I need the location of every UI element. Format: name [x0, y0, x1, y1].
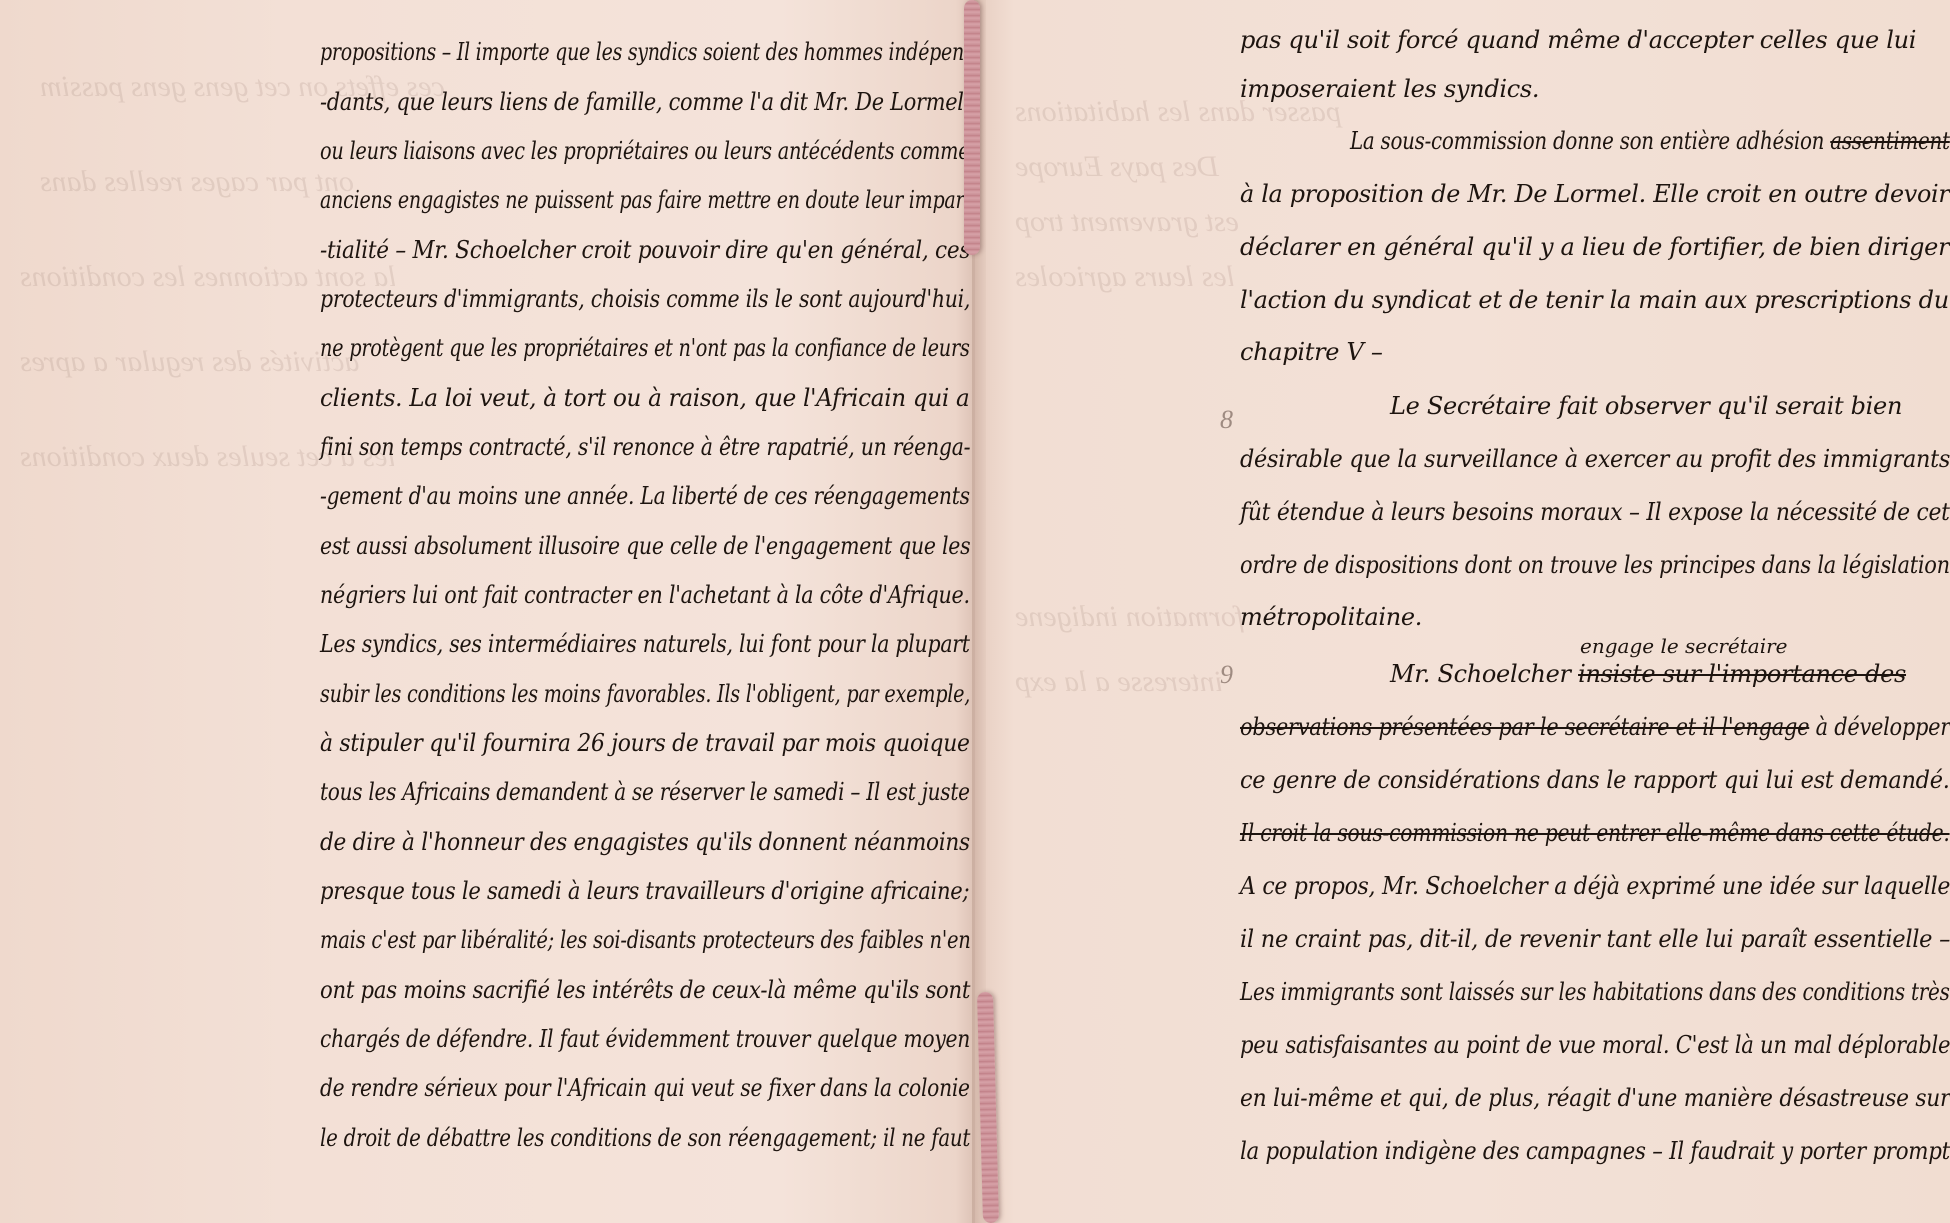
text-line: ou leurs liaisons avec les propriétaires… — [320, 137, 969, 165]
text-line: fini son temps contracté, s'il renonce à… — [320, 433, 970, 461]
text-line: négriers lui ont fait contracter en l'ac… — [320, 581, 970, 609]
bleed-through-text: activités des regular a apres — [20, 345, 359, 379]
text-line: presque tous le samedi à leurs travaille… — [320, 877, 969, 905]
struck-phrase: insiste sur l'importance des — [1578, 660, 1906, 688]
text-line: -dants, que leurs liens de famille, comm… — [320, 88, 970, 116]
text-line: imposeraient les syndics. — [1240, 75, 1539, 103]
text-line: désirable que la surveillance à exercer … — [1240, 445, 1950, 473]
text-line: de dire à l'honneur des engagistes qu'il… — [320, 828, 970, 856]
text-line: Les syndics, ses intermédiaires naturels… — [320, 630, 970, 658]
text-line-body: à développer — [1816, 713, 1950, 741]
text-line: chapitre V – — [1240, 338, 1383, 366]
text-line: déclarer en général qu'il y a lieu de fo… — [1240, 233, 1949, 261]
text-line-body: Mr. Schoelcher — [1390, 660, 1571, 688]
text-line: le droit de débattre les conditions de s… — [320, 1124, 970, 1152]
ribbon-binding-top — [964, 0, 980, 255]
left-page: ces effets on cet gens gens passim ont p… — [0, 0, 975, 1223]
text-line: mais c'est par libéralité; les soi-disan… — [320, 926, 971, 954]
text-line: la population indigène des campagnes – I… — [1240, 1137, 1950, 1165]
text-line: il ne craint pas, dit-il, de revenir tan… — [1240, 925, 1950, 953]
interlinear-correction: engage le secrétaire — [1580, 634, 1787, 658]
bleed-through-text: interesse a la exp — [1015, 665, 1223, 699]
text-line: -tialité – Mr. Schoelcher croit pouvoir … — [320, 236, 970, 264]
text-line: Le Secrétaire fait observer qu'il serait… — [1390, 392, 1902, 420]
text-line: protecteurs d'immigrants, choisis comme … — [320, 285, 970, 313]
text-line: propositions – Il importe que les syndic… — [320, 38, 970, 66]
text-line-body: La sous-commission donne son entière adh… — [1350, 127, 1824, 155]
text-line: Les immigrants sont laissés sur les habi… — [1240, 978, 1950, 1006]
struck-phrase: observations présentées par le secrétair… — [1240, 713, 1809, 741]
text-line: est aussi absolument illusoire que celle… — [320, 532, 970, 560]
bleed-through-text: les leurs agricoles — [1015, 260, 1235, 294]
text-line: peu satisfaisantes au point de vue moral… — [1240, 1031, 1950, 1059]
text-line: l'action du syndicat et de tenir la main… — [1240, 286, 1949, 314]
text-line: -gement d'au moins une année. La liberté… — [320, 482, 970, 510]
text-line: anciens engagistes ne puissent pas faire… — [320, 186, 971, 214]
margin-number: 8 — [1220, 405, 1233, 435]
text-line: tous les Africains demandent à se réserv… — [320, 778, 970, 806]
text-line: ont pas moins sacrifié les intérêts de c… — [320, 976, 970, 1004]
text-line: observations présentées par le secrétair… — [1240, 713, 1950, 741]
struck-word: assentiment — [1830, 127, 1950, 155]
text-line: pas qu'il soit forcé quand même d'accept… — [1240, 26, 1916, 54]
bleed-through-text: ont par cages reelles dans — [40, 165, 354, 199]
bleed-through-text: est gravement trop — [1015, 205, 1239, 239]
text-line: A ce propos, Mr. Schoelcher a déjà expri… — [1240, 872, 1950, 900]
text-line: ordre de dispositions dont on trouve les… — [1240, 551, 1950, 579]
text-line: de rendre sérieux pour l'Africain qui ve… — [320, 1074, 970, 1102]
margin-number: 9 — [1220, 660, 1233, 690]
bleed-through-text: formation indigene — [1015, 600, 1244, 634]
text-line: ce genre de considérations dans le rappo… — [1240, 766, 1950, 794]
text-line: clients. La loi veut, à tort ou à raison… — [320, 384, 969, 412]
struck-line: Il croit la sous-commission ne peut entr… — [1240, 819, 1950, 847]
text-line: subir les conditions les moins favorable… — [320, 680, 970, 708]
text-line: fût étendue à leurs besoins moraux – Il … — [1240, 498, 1950, 526]
text-line: chargés de défendre. Il faut évidemment … — [320, 1025, 970, 1053]
right-page: passer dans les habitations Des pays Eur… — [975, 0, 1950, 1223]
text-line: La sous-commission donne son entière adh… — [1350, 127, 1950, 155]
text-line: en lui-même et qui, de plus, réagit d'un… — [1240, 1084, 1950, 1112]
bleed-through-text: Des pays Europe — [1015, 150, 1219, 184]
text-line: métropolitaine. — [1240, 603, 1422, 631]
text-line: Mr. Schoelcher insiste sur l'importance … — [1390, 660, 1906, 688]
text-line: à stipuler qu'il fournira 26 jours de tr… — [320, 729, 970, 757]
text-line: ne protègent que les propriétaires et n'… — [320, 334, 970, 362]
text-line: à la proposition de Mr. De Lormel. Elle … — [1240, 180, 1949, 208]
manuscript-spread: ces effets on cet gens gens passim ont p… — [0, 0, 1950, 1223]
